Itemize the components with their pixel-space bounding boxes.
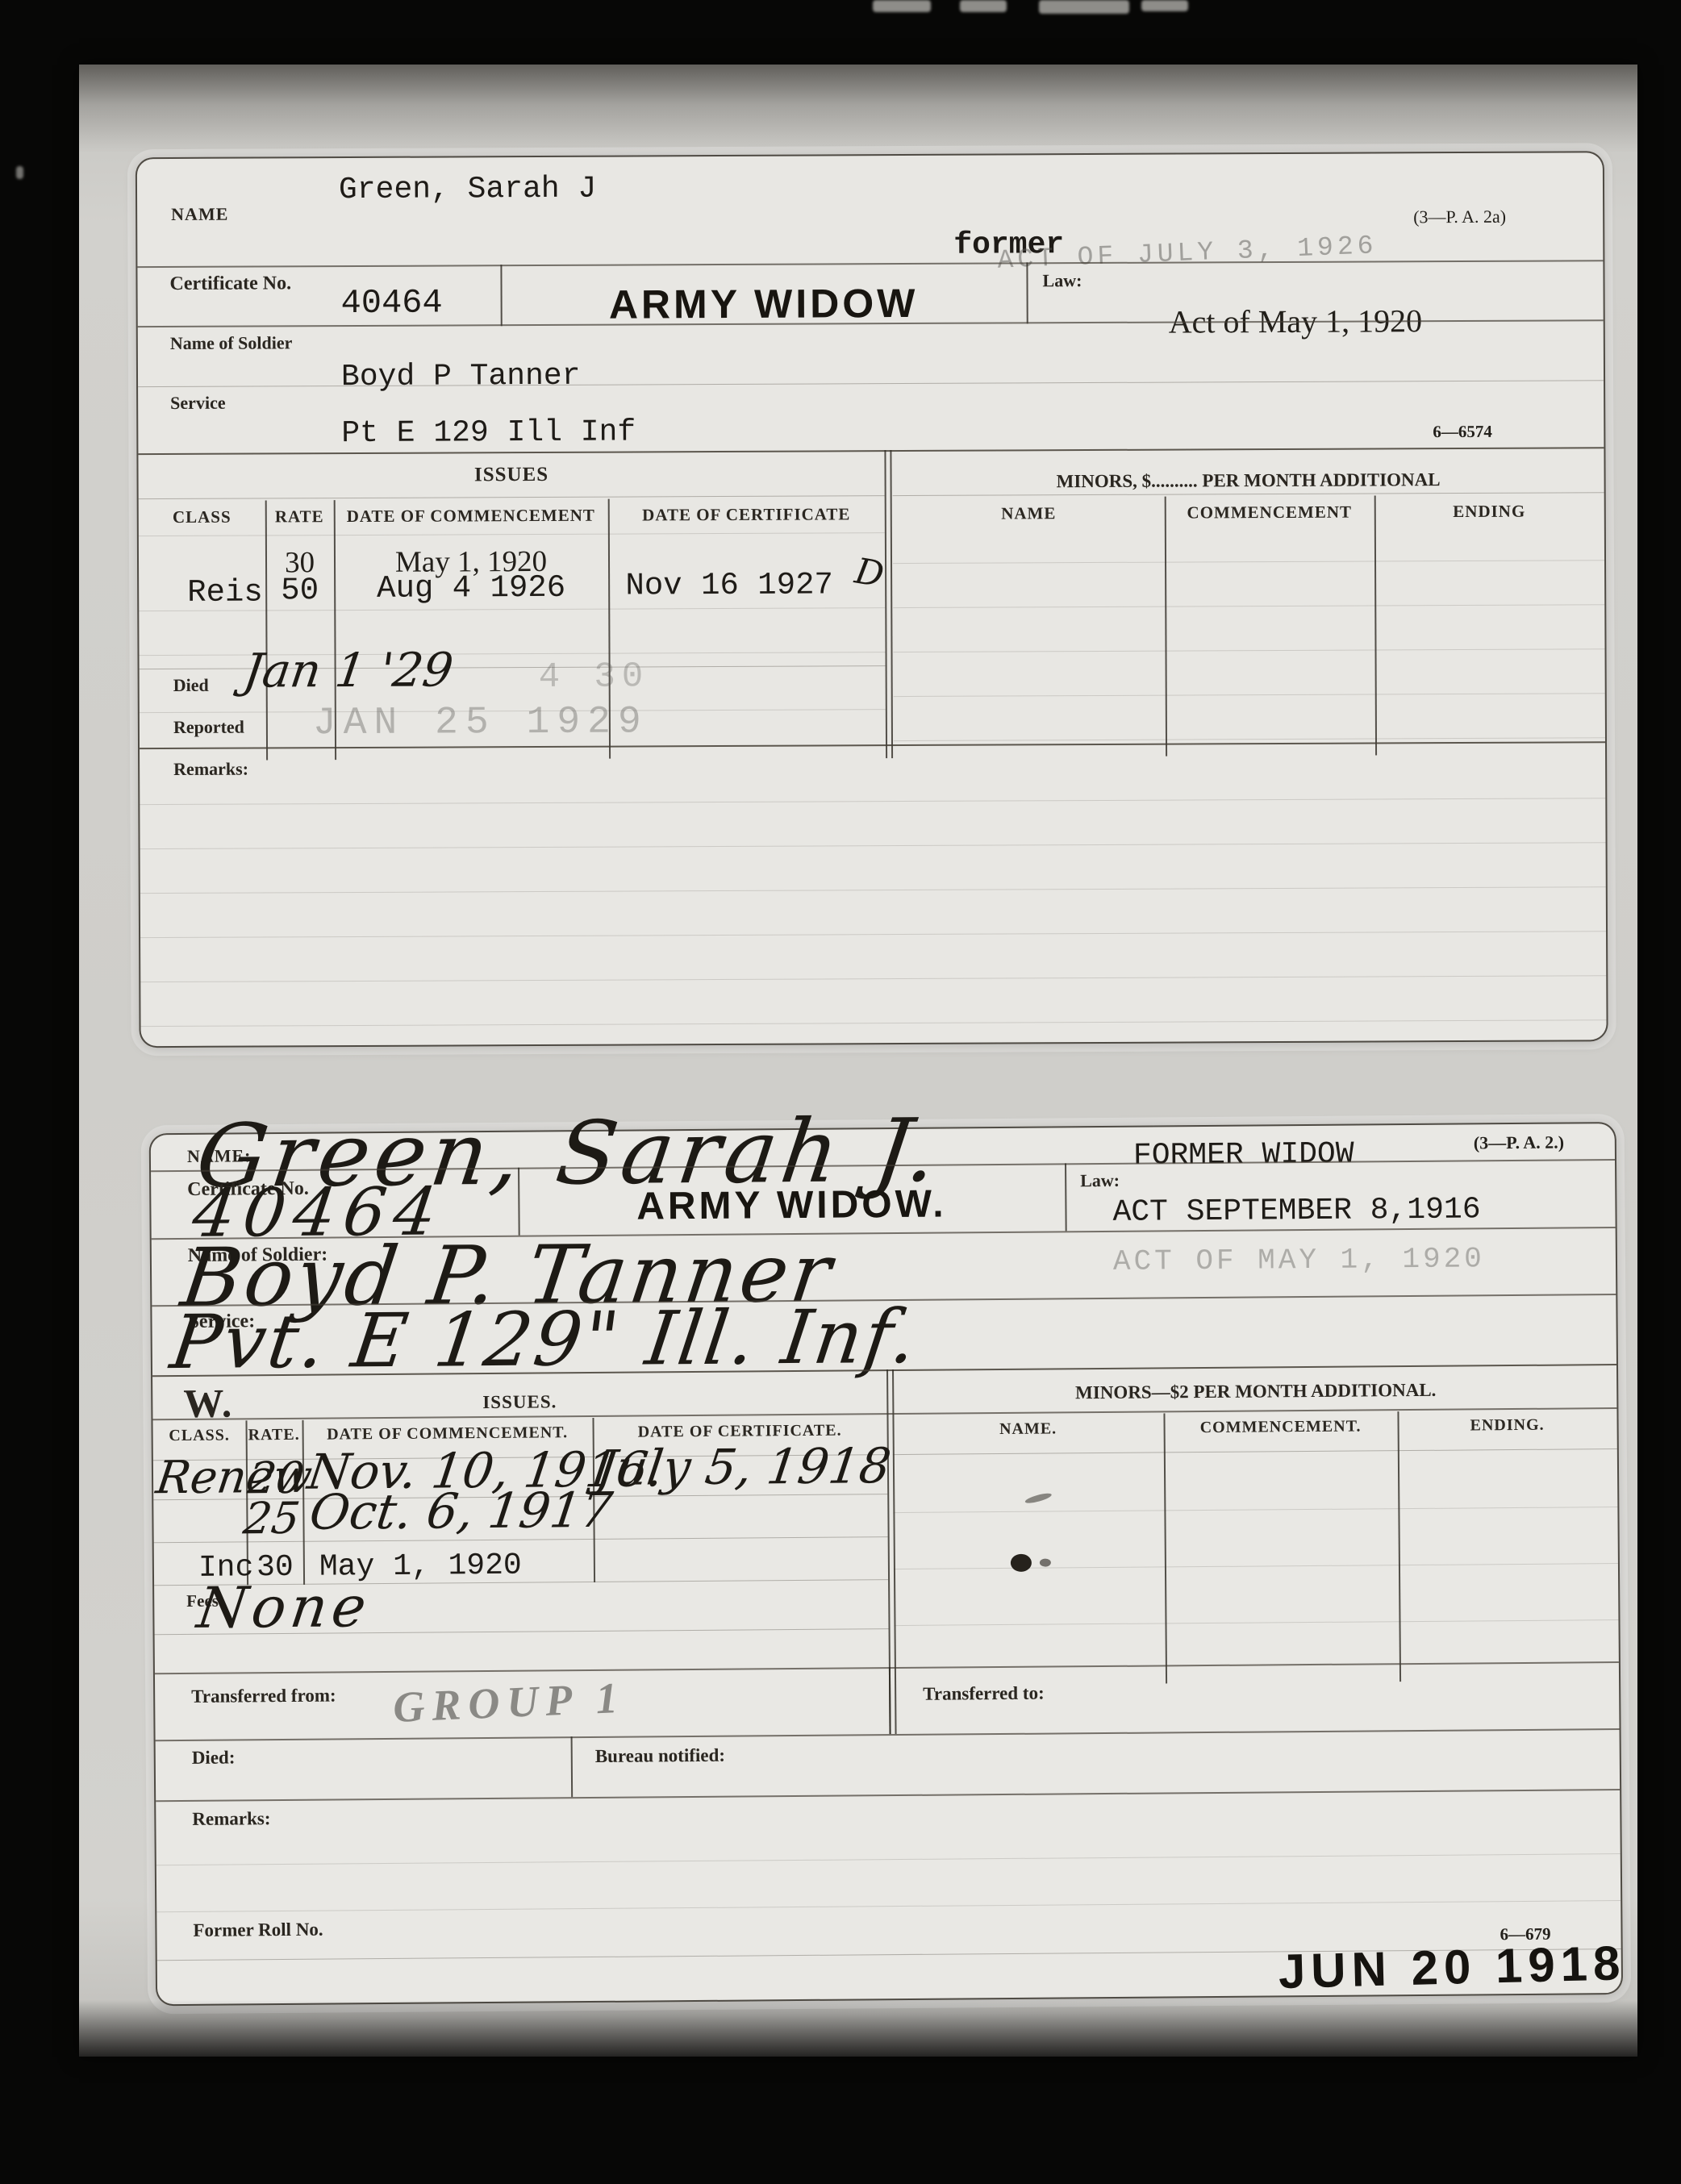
edge-fragment — [960, 0, 1007, 12]
remarks-label: Remarks: — [173, 759, 248, 780]
issues-header-certificate: DATE OF CERTIFICATE — [608, 504, 885, 525]
rule — [141, 1019, 1607, 1027]
died-label: Died — [173, 675, 209, 696]
pension-card-1916: (3—P. A. 2.) NAME: Green, Sarah J. FORME… — [149, 1122, 1623, 2006]
died-label: Died: — [192, 1748, 236, 1769]
reported-date-stamp: JAN 25 1929 — [313, 700, 649, 745]
service-label: Service — [170, 393, 226, 414]
rule — [894, 1563, 1618, 1569]
pension-card-1920: NAME Green, Sarah J (3—P. A. 2a) former … — [136, 151, 1608, 1048]
law-label: Law: — [1080, 1170, 1120, 1191]
rule — [137, 260, 1603, 268]
column-divider — [265, 500, 268, 760]
jun-20-1918-date-stamp: JUN 20 1918 — [1278, 1935, 1626, 1999]
rule — [139, 495, 885, 499]
died-value-handwritten: Jan 1 '29 — [241, 646, 457, 694]
name-value: Green, Sarah J — [339, 172, 596, 207]
form-corner-code: (3—P. A. 2a) — [1413, 206, 1506, 228]
scan-background: NAME Green, Sarah J (3—P. A. 2a) former … — [79, 65, 1637, 2057]
minors-header-commencement: COMMENCEMENT. — [1164, 1417, 1398, 1437]
divider — [889, 1667, 891, 1734]
issues-header-rate: RATE — [265, 506, 334, 527]
ink-smudge — [1011, 1554, 1032, 1572]
divider — [1065, 1163, 1067, 1231]
issues-header-class: CLASS — [139, 506, 265, 527]
law-value: ACT SEPTEMBER 8,1916 — [1112, 1192, 1480, 1230]
issues-row2-rate: 50 — [265, 573, 334, 608]
former-widow-note: FORMER WIDOW — [1133, 1137, 1354, 1173]
issues-row2-commencement: Oct. 6, 1917 — [307, 1486, 615, 1537]
died-faint-stamp: 4 30 — [539, 656, 650, 698]
rule — [894, 648, 1605, 652]
rule — [895, 1619, 1619, 1626]
rule — [139, 532, 885, 536]
divider — [1026, 262, 1028, 323]
issues-header-commencement: DATE OF COMMENCEMENT. — [302, 1423, 593, 1444]
scanned-page: NAME Green, Sarah J (3—P. A. 2a) former … — [0, 0, 1681, 2184]
rule — [140, 886, 1606, 894]
rule — [156, 1900, 1621, 1912]
issues-title: ISSUES — [138, 462, 884, 488]
law-label: Law: — [1042, 270, 1082, 291]
column-divider — [1165, 497, 1167, 756]
minors-header-commencement: COMMENCEMENT — [1165, 502, 1374, 523]
minors-header-name: NAME. — [893, 1419, 1164, 1440]
name-label: NAME — [171, 204, 228, 225]
section-divider — [884, 450, 887, 758]
service-value: Pt E 129 Ill Inf — [341, 415, 636, 451]
certificate-label: Certificate No. — [169, 273, 291, 295]
fees-value-handwritten: None — [194, 1578, 374, 1636]
rule — [893, 1507, 1617, 1513]
form-corner-code: (3—P. A. 2.) — [1474, 1132, 1564, 1154]
rule — [140, 842, 1606, 849]
divider — [571, 1736, 574, 1797]
rule — [893, 604, 1604, 608]
soldier-value: Boyd P Tanner — [341, 359, 581, 394]
ink-smudge — [1024, 1491, 1053, 1505]
section-divider — [890, 450, 893, 758]
ink-smudge — [1040, 1559, 1051, 1567]
edge-speck — [16, 166, 23, 179]
issues-header-rate: RATE. — [246, 1426, 302, 1445]
issues-header-class: CLASS. — [153, 1426, 246, 1445]
rule — [156, 1789, 1620, 1802]
rule — [893, 1448, 1617, 1455]
rule — [156, 1728, 1620, 1741]
transferred-to-label: Transferred to: — [923, 1683, 1045, 1705]
card-type-title: ARMY WIDOW — [501, 279, 1027, 328]
soldier-label: Name of Soldier — [170, 332, 293, 354]
act-may-1920-stamp: ACT OF MAY 1, 1920 — [1113, 1242, 1485, 1278]
column-divider — [1397, 1411, 1401, 1682]
rule — [140, 931, 1606, 938]
remarks-label: Remarks: — [192, 1808, 270, 1830]
edge-fragment — [873, 0, 931, 12]
bureau-notified-label: Bureau notified: — [595, 1745, 725, 1767]
reported-label: Reported — [173, 717, 244, 738]
certificate-value: 40464 — [341, 284, 443, 323]
rule — [894, 693, 1605, 697]
issues-row2-rate: 25 — [241, 1497, 302, 1541]
certificate-annotation: D — [853, 554, 886, 594]
minors-title: MINORS—$2 PER MONTH ADDITIONAL. — [895, 1378, 1616, 1405]
column-divider — [1374, 495, 1377, 755]
issues-row1-certificate: July 5, 1918 — [594, 1442, 894, 1493]
column-divider — [1163, 1413, 1167, 1683]
minors-title: MINORS, $.......... PER MONTH ADDITIONAL — [893, 469, 1604, 493]
minors-header-ending: ENDING — [1374, 501, 1604, 522]
edge-fragment — [1039, 0, 1129, 14]
issues-row2-commencement: Aug 4 1926 — [334, 570, 608, 606]
rule — [140, 798, 1605, 805]
minors-header-ending: ENDING. — [1397, 1415, 1616, 1436]
rule — [140, 975, 1606, 982]
transferred-from-label: Transferred from: — [191, 1686, 336, 1707]
group-1-stamp: GROUP 1 — [392, 1673, 626, 1732]
service-value-handwritten: Pvt. E 129" Ill. Inf. — [167, 1300, 923, 1380]
issues-title: ISSUES. — [152, 1389, 886, 1415]
form-number: 6—6574 — [1433, 422, 1492, 442]
rule — [893, 560, 1604, 564]
issues-row2-certificate: Nov 16 1927 — [608, 567, 850, 603]
torn-edge-shadow — [79, 65, 1637, 153]
scan-bottom-shadow — [79, 2000, 1637, 2057]
minors-header-name: NAME — [893, 503, 1165, 524]
edge-fragment — [1141, 0, 1188, 11]
issues-header-commencement: DATE OF COMMENCEMENT — [334, 506, 608, 527]
former-roll-label: Former Roll No. — [193, 1919, 323, 1941]
rule — [156, 1853, 1621, 1865]
rule — [893, 492, 1604, 496]
rule — [894, 737, 1605, 741]
issues-row2-class: Reis — [187, 574, 263, 610]
card-type-title: ARMY WIDOW. — [518, 1181, 1065, 1229]
